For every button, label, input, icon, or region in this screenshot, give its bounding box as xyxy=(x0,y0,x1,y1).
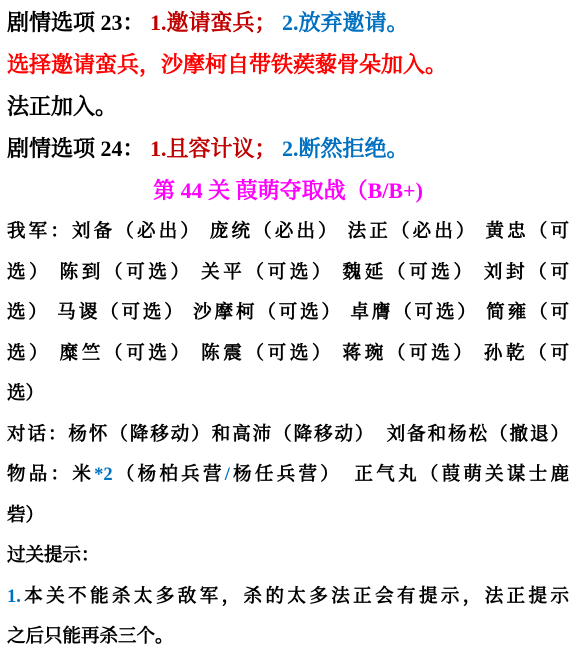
tip-1-number: 1. xyxy=(7,587,21,607)
tip-1-line-1: 1.本关不能杀太多敌军，杀的太多法正会有提示，法正提示 xyxy=(7,577,569,618)
army-roster-line: 选） 马谡（可选） 沙摩柯（可选） 卓膺（可选） 简雍（可 xyxy=(7,293,569,334)
plot-option-24-choice-2: 2.断然拒绝。 xyxy=(282,136,409,161)
items-line: 物品：米*2（杨柏兵营/杨任兵营） 正气丸（葭萌关谋士鹿 xyxy=(7,455,569,496)
army-roster-line-last: 选） xyxy=(7,374,569,415)
tip-1-line-2: 之后只能再杀三个。 xyxy=(7,617,569,654)
fazheng-joins-line: 法正加入。 xyxy=(7,86,569,128)
stage-title: 第 44 关 葭萌夺取战（B/B+) xyxy=(7,170,569,212)
army-roster-line: 选） 陈到（可选） 关平（可选） 魏延（可选） 刘封（可 xyxy=(7,253,569,294)
dialog-line: 对话：杨怀（降移动）和高沛（降移动） 刘备和杨松（撤退） xyxy=(7,415,569,456)
plot-option-23-choice-1: 1.邀请蛮兵； xyxy=(150,10,277,35)
items-wrap-line: 砦） xyxy=(7,496,569,537)
plot-option-23-label: 剧情选项 23： xyxy=(7,10,145,35)
plot-option-24-label: 剧情选项 24： xyxy=(7,136,145,161)
tip-1-text: 本关不能杀太多敌军，杀的太多法正会有提示，法正提示 xyxy=(21,587,569,607)
tips-heading: 过关提示： xyxy=(7,536,569,577)
items-location-2: 杨任兵营） 正气丸（葭萌关谋士鹿 xyxy=(230,465,569,485)
plot-option-24-choice-1: 1.且容计议； xyxy=(150,136,277,161)
items-label: 物品：米 xyxy=(7,465,94,485)
document-page: 剧情选项 23： 1.邀请蛮兵； 2.放弃邀请。 选择邀请蛮兵，沙摩柯自带铁蒺藜… xyxy=(0,0,576,654)
items-quantity: *2 xyxy=(94,465,113,485)
plot-option-24-line: 剧情选项 24： 1.且容计议； 2.断然拒绝。 xyxy=(7,128,569,170)
plot-option-23-line: 剧情选项 23： 1.邀请蛮兵； 2.放弃邀请。 xyxy=(7,2,569,44)
choice-result-line: 选择邀请蛮兵，沙摩柯自带铁蒺藜骨朵加入。 xyxy=(7,44,569,86)
army-roster-line: 我军：刘备（必出） 庞统（必出） 法正（必出） 黄忠（可 xyxy=(7,212,569,253)
items-location-1: （杨柏兵营 xyxy=(113,465,225,485)
plot-option-23-choice-2: 2.放弃邀请。 xyxy=(282,10,409,35)
army-roster-line: 选） 糜竺（可选） 陈震（可选） 蒋琬（可选） 孙乾（可 xyxy=(7,334,569,375)
